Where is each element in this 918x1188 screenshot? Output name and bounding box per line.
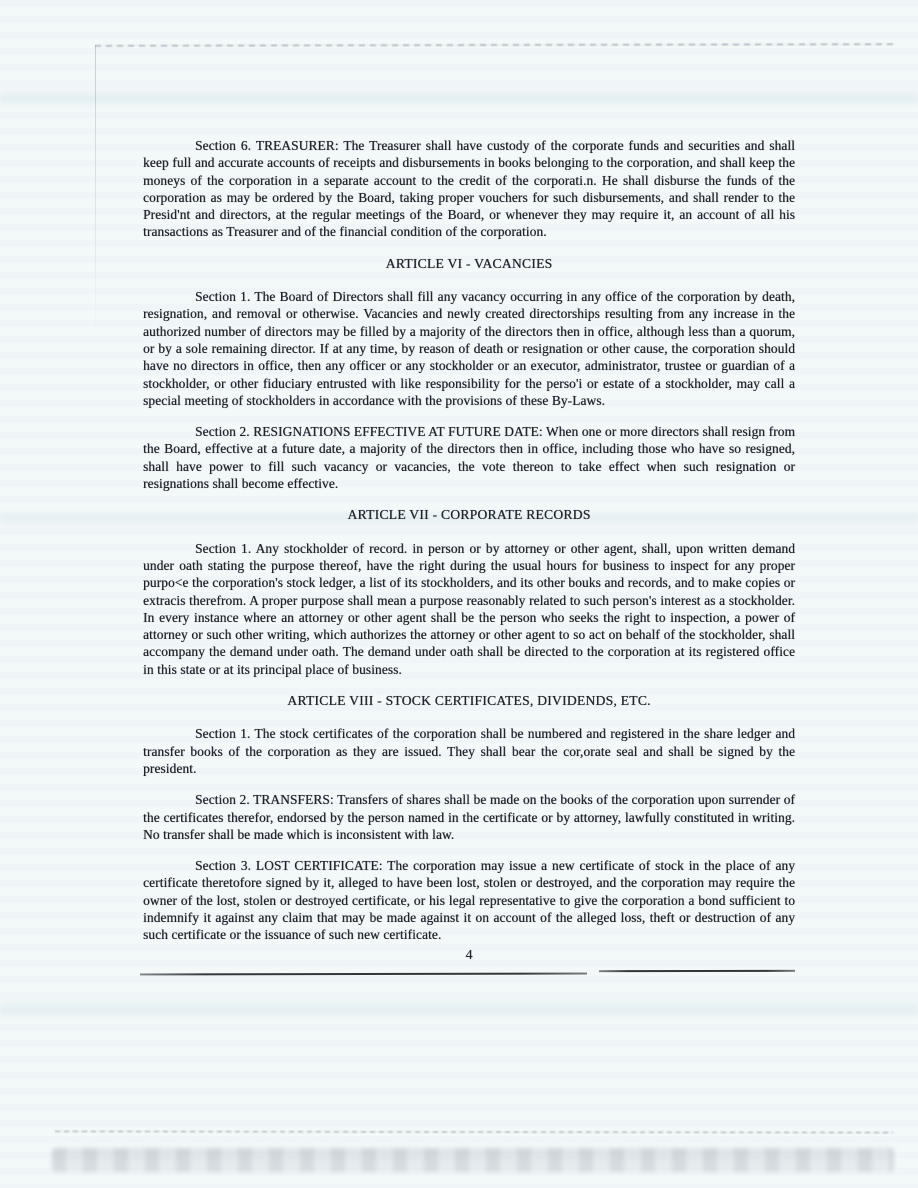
paragraph-article-vi-section-1: Section 1. The Board of Directors shall … (143, 288, 795, 409)
scan-artifact-left-edge (95, 45, 96, 340)
heading-article-viii-stock-certificates: ARTICLE VIII - STOCK CERTIFICATES, DIVID… (143, 692, 795, 709)
paragraph-article-viii-section-3-lost-certificate: Section 3. LOST CERTIFICATE: The corpora… (143, 857, 795, 943)
scan-artifact-bottom-band (52, 1148, 894, 1172)
scan-artifact-top-edge (95, 43, 893, 47)
scan-artifact-bottom-edge (55, 1130, 893, 1133)
heading-article-vi-vacancies: ARTICLE VI - VACANCIES (143, 255, 795, 272)
paragraph-article-vi-section-2-resignations: Section 2. RESIGNATIONS EFFECTIVE AT FUT… (143, 423, 795, 492)
paragraph-article-viii-section-2-transfers: Section 2. TRANSFERS: Transfers of share… (143, 791, 795, 843)
scan-streak (0, 1002, 918, 1016)
page-number: 4 (143, 948, 795, 964)
heading-article-vii-corporate-records: ARTICLE VII - CORPORATE RECORDS (143, 506, 795, 523)
paragraph-article-viii-section-1: Section 1. The stock certificates of the… (143, 725, 795, 777)
scan-streak (0, 92, 918, 104)
paragraph-section-6-treasurer: Section 6. TREASURER: The Treasurer shal… (143, 137, 795, 241)
paragraph-article-vii-section-1: Section 1. Any stockholder of record. in… (143, 540, 795, 678)
footer-rule-left (140, 973, 587, 976)
document-body: Section 6. TREASURER: The Treasurer shal… (143, 137, 795, 958)
scanned-document-page: Section 6. TREASURER: The Treasurer shal… (0, 0, 918, 1188)
footer-rule-right (599, 970, 795, 972)
